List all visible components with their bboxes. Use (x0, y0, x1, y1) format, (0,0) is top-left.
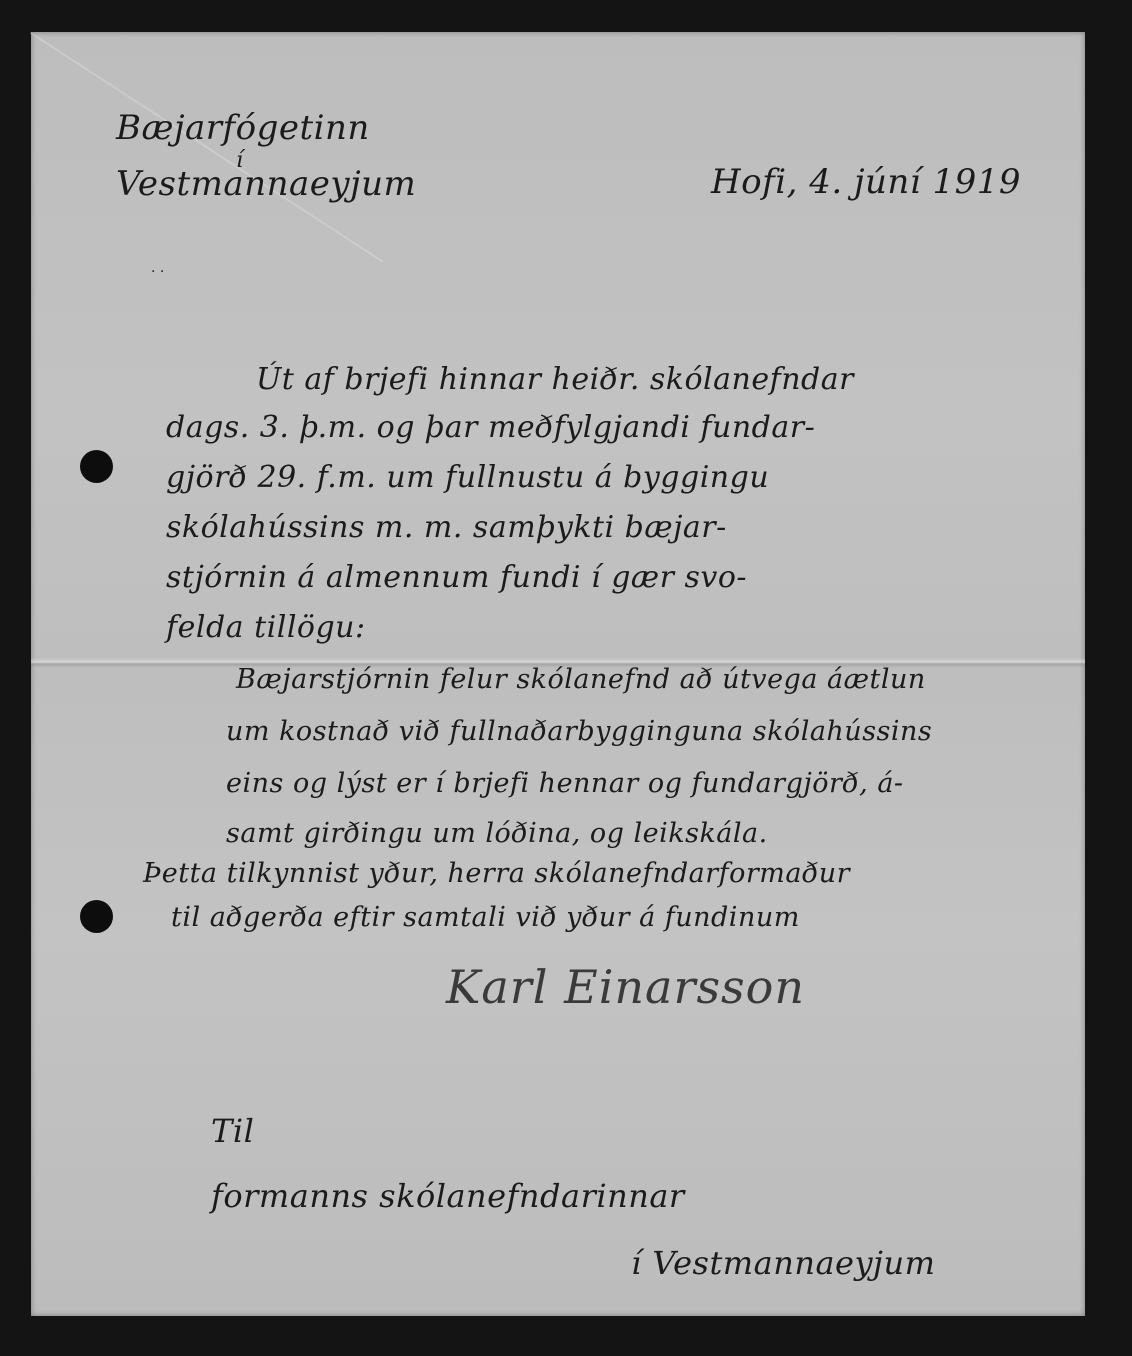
body-line: dags. 3. þ.m. og þar meðfylgjandi fundar… (166, 410, 815, 445)
recipient-line-3: í Vestmannaeyjum (631, 1244, 935, 1282)
ink-dots: · · (151, 264, 164, 280)
body-line: skólahússins m. m. samþykti bæjar- (166, 510, 727, 545)
recipient-line-1: Til (211, 1112, 254, 1150)
body-line: Bæjarstjórnin felur skólanefnd að útvega… (236, 664, 926, 695)
place-date: Hofi, 4. júní 1919 (711, 162, 1021, 202)
sender-line-1: Bæjarfógetinn (116, 108, 370, 148)
body-line: stjórnin á almennum fundi í gær svo- (166, 560, 747, 595)
body-line: samt girðingu um lóðina, og leikskála. (226, 818, 768, 849)
signature: Karl Einarsson (446, 960, 805, 1014)
body-line: felda tillögu: (166, 610, 366, 645)
body-line: um kostnað við fullnaðarbygginguna skóla… (226, 716, 932, 747)
punch-hole-bottom (80, 900, 113, 933)
sender-line-3: Vestmannaeyjum (116, 164, 416, 204)
punch-hole-top (80, 450, 113, 483)
body-line: til aðgerða eftir samtali við yður á fun… (171, 902, 800, 933)
letter-paper: Bæjarfógetinn í Vestmannaeyjum · · Hofi,… (31, 32, 1085, 1316)
recipient-line-2: formanns skólanefndarinnar (211, 1177, 685, 1215)
body-line: gjörð 29. f.m. um fullnustu á byggingu (166, 460, 769, 495)
body-line: Þetta tilkynnist yður, herra skólanefnda… (143, 858, 850, 889)
body-line: Út af brjefi hinnar heiðr. skólanefndar (256, 362, 854, 397)
body-line: eins og lýst er í brjefi hennar og funda… (226, 768, 904, 799)
